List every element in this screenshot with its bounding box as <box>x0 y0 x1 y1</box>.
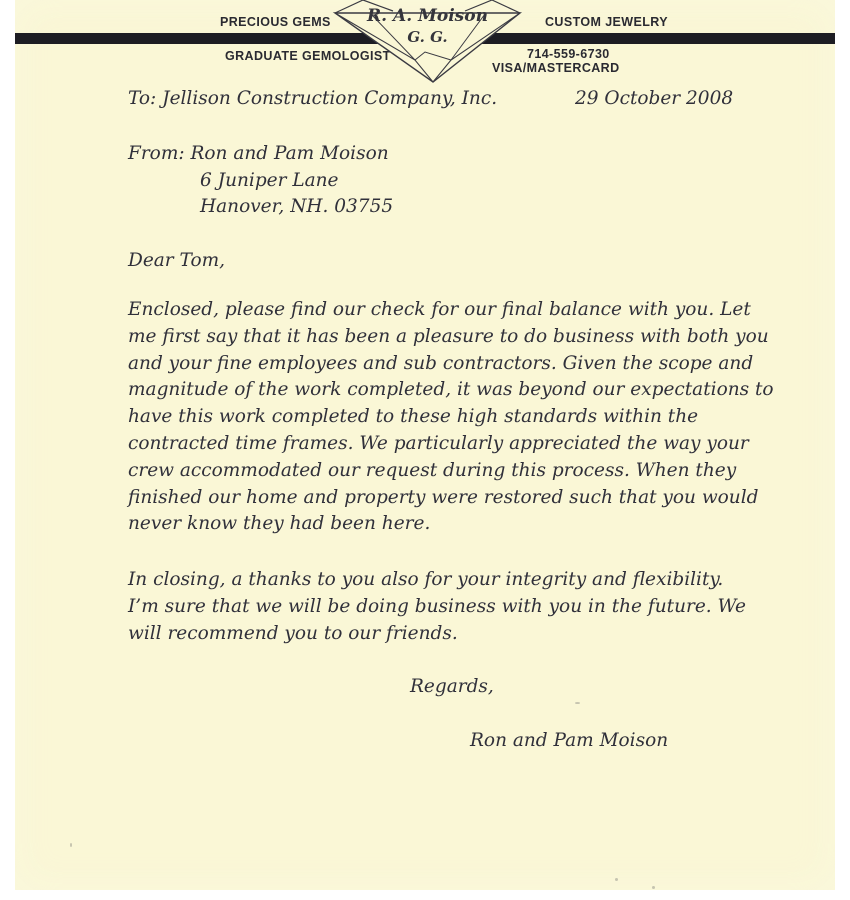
address-line-1: 6 Juniper Lane <box>200 170 339 191</box>
letter-paper: PRECIOUS GEMS CUSTOM JEWELRY GRADUATE GE… <box>15 0 835 890</box>
scan-speck <box>652 886 655 889</box>
p1-line: and your fine employees and sub contract… <box>128 351 774 378</box>
p2-line: In closing, a thanks to you also for you… <box>128 567 746 594</box>
p1-line: contracted time frames. We particularly … <box>128 431 774 458</box>
signature: Ron and Pam Moison <box>470 730 668 751</box>
p1-line: me first say that it has been a pleasure… <box>128 324 774 351</box>
letterhead-custom-jewelry: CUSTOM JEWELRY <box>545 15 668 29</box>
scan-speck <box>615 878 618 881</box>
to-line: To: Jellison Construction Company, Inc. <box>128 88 497 109</box>
p2-line: I’m sure that we will be doing business … <box>128 594 746 621</box>
p1-line: magnitude of the work completed, it was … <box>128 377 774 404</box>
p1-line: Enclosed, please find our check for our … <box>128 297 774 324</box>
p1-line: have this work completed to these high s… <box>128 404 774 431</box>
scan-speck <box>70 843 72 847</box>
logo-name-text: R. A. Moison <box>315 6 540 26</box>
p1-line: finished our home and property were rest… <box>128 485 774 512</box>
p2-line: will recommend you to our friends. <box>128 621 746 648</box>
scanned-page: PRECIOUS GEMS CUSTOM JEWELRY GRADUATE GE… <box>0 0 850 900</box>
p1-line: crew accommodated our request during thi… <box>128 458 774 485</box>
p1-line: never know they had been here. <box>128 511 774 538</box>
paragraph-1: Enclosed, please find our check for our … <box>128 297 774 538</box>
from-line: From: Ron and Pam Moison <box>128 143 389 164</box>
paragraph-2: In closing, a thanks to you also for you… <box>128 567 746 647</box>
date-line: 29 October 2008 <box>575 88 733 109</box>
diamond-logo: R. A. Moison G. G. <box>315 0 540 88</box>
salutation: Dear Tom, <box>128 250 225 271</box>
logo-credential-text: G. G. <box>315 28 540 46</box>
scan-speck <box>575 702 580 704</box>
address-line-2: Hanover, NH. 03755 <box>200 196 393 217</box>
closing: Regards, <box>410 676 494 697</box>
